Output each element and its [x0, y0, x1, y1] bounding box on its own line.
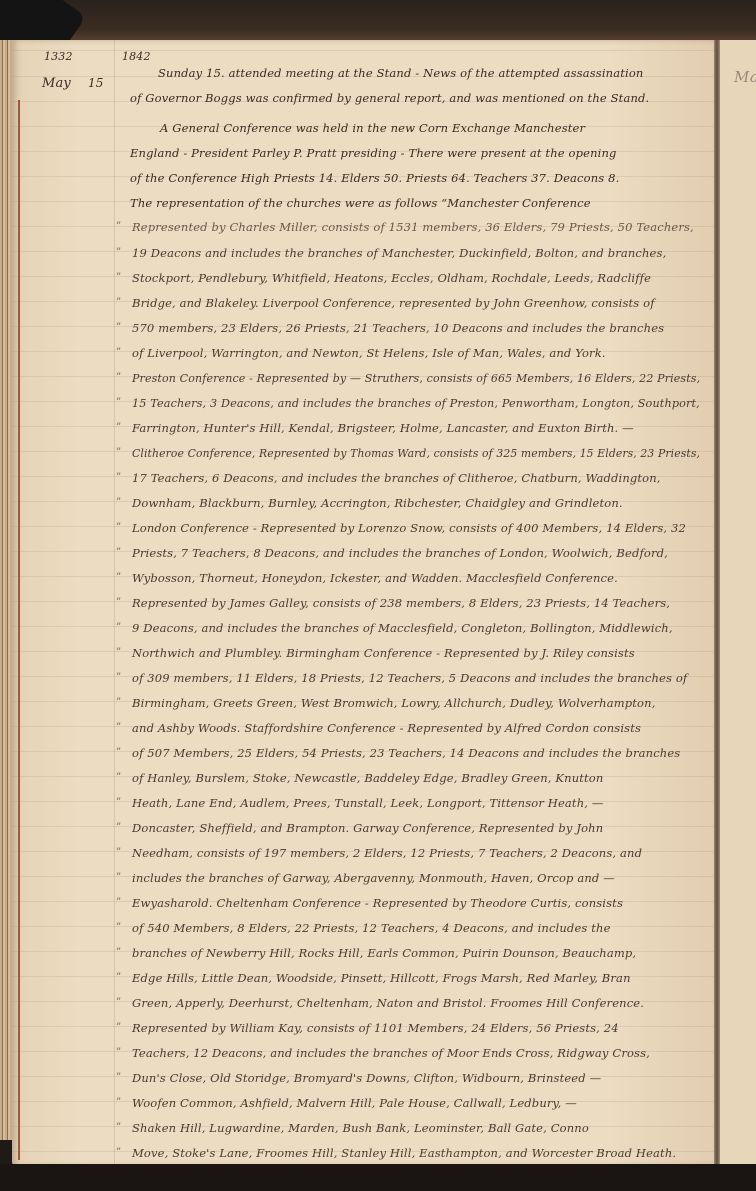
ditto-mark: ”	[116, 247, 121, 258]
ditto-mark: ”	[116, 572, 121, 583]
journal-line: Needham, consists of 197 members, 2 Elde…	[132, 846, 642, 860]
margin-month: May	[42, 76, 71, 91]
journal-line: branches of Newberry Hill, Rocks Hill, E…	[132, 946, 636, 960]
journal-line: Represented by James Galley, consists of…	[132, 596, 670, 610]
ditto-mark: ”	[116, 497, 121, 508]
ditto-mark: ”	[116, 272, 121, 283]
ditto-mark: ”	[116, 297, 121, 308]
ditto-mark: ”	[116, 1022, 121, 1033]
journal-line: Represented by Charles Miller, consists …	[132, 220, 694, 234]
ditto-mark: ”	[116, 547, 121, 558]
ditto-mark: ”	[116, 397, 121, 408]
ditto-mark: ”	[116, 1097, 121, 1108]
journal-line: 19 Deacons and includes the branches of …	[132, 246, 666, 260]
book-cover-top	[0, 0, 756, 42]
journal-line: Woofen Common, Ashfield, Malvern Hill, P…	[132, 1096, 577, 1110]
journal-line: London Conference - Represented by Loren…	[132, 521, 686, 535]
journal-line: Ewyasharold. Cheltenham Conference - Rep…	[132, 896, 623, 910]
journal-line: Move, Stoke's Lane, Froomes Hill, Stanle…	[132, 1146, 676, 1160]
ditto-mark: ”	[116, 947, 121, 958]
page-number: 1332	[44, 50, 73, 63]
journal-line: Edge Hills, Little Dean, Woodside, Pinse…	[132, 971, 631, 985]
journal-line: includes the branches of Garway, Abergav…	[132, 871, 615, 885]
journal-line: Represented by William Kay, consists of …	[132, 1021, 619, 1035]
ditto-mark: ”	[116, 422, 121, 433]
ditto-mark: ”	[116, 772, 121, 783]
ditto-mark: ”	[116, 722, 121, 733]
journal-line: 15 Teachers, 3 Deacons, and includes the…	[132, 396, 700, 410]
journal-line: of 309 members, 11 Elders, 18 Priests, 1…	[132, 671, 687, 685]
journal-line: Priests, 7 Teachers, 8 Deacons, and incl…	[132, 546, 668, 560]
ditto-mark: ”	[116, 747, 121, 758]
journal-line: England - President Parley P. Pratt pres…	[130, 146, 617, 160]
journal-line: Stockport, Pendlebury, Whitfield, Heaton…	[132, 271, 651, 285]
journal-line: Wybosson, Thorneut, Honeydon, Ickester, …	[132, 571, 618, 585]
journal-line: Birmingham, Greets Green, West Bromwich,…	[132, 696, 656, 710]
journal-line: Teachers, 12 Deacons, and includes the b…	[132, 1046, 650, 1060]
journal-line: Doncaster, Sheffield, and Brampton. Garw…	[132, 821, 603, 835]
ditto-mark: ”	[116, 597, 121, 608]
journal-line: Bridge, and Blakeley. Liverpool Conferen…	[132, 296, 655, 310]
ditto-mark: ”	[116, 322, 121, 333]
journal-line: of Liverpool, Warrington, and Newton, St…	[132, 346, 606, 360]
ditto-mark: ”	[116, 522, 121, 533]
margin-rule	[114, 40, 115, 1166]
year-heading: 1842	[122, 50, 151, 63]
journal-page-right	[720, 40, 756, 1164]
journal-line: The representation of the churches were …	[130, 196, 591, 210]
book-cover-bottom	[0, 1164, 756, 1191]
ditto-mark: ”	[116, 1147, 121, 1158]
journal-line: Farrington, Hunter's Hill, Kendal, Brigs…	[132, 421, 634, 435]
ditto-mark: ”	[116, 897, 121, 908]
ditto-mark: ”	[116, 997, 121, 1008]
ditto-mark: ”	[116, 447, 121, 458]
ditto-mark: ”	[116, 647, 121, 658]
journal-line: of 540 Members, 8 Elders, 22 Priests, 12…	[132, 921, 611, 935]
right-page-fragment: Ma	[734, 68, 756, 86]
journal-line: Green, Apperly, Deerhurst, Cheltenham, N…	[132, 996, 644, 1010]
ditto-mark: ”	[116, 622, 121, 633]
journal-line: 9 Deacons, and includes the branches of …	[132, 621, 673, 635]
journal-line: and Ashby Woods. Staffordshire Conferenc…	[132, 721, 641, 735]
journal-line: Northwich and Plumbley. Birmingham Confe…	[132, 646, 635, 660]
page-stack-edge	[0, 40, 12, 1140]
ditto-mark: ”	[116, 922, 121, 933]
journal-line: Preston Conference - Represented by — St…	[132, 371, 700, 385]
journal-line: Shaken Hill, Lugwardine, Marden, Bush Ba…	[132, 1121, 589, 1135]
journal-line: Clitheroe Conference, Represented by Tho…	[132, 446, 700, 460]
journal-line: A General Conference was held in the new…	[160, 121, 585, 135]
journal-line: Sunday 15. attended meeting at the Stand…	[158, 66, 643, 80]
ditto-mark: ”	[116, 1072, 121, 1083]
ditto-mark: ”	[116, 1122, 121, 1133]
ditto-mark: ”	[116, 472, 121, 483]
margin-day: 15	[88, 76, 104, 90]
ditto-mark: ”	[116, 797, 121, 808]
ditto-mark: ”	[116, 347, 121, 358]
ditto-mark: ”	[116, 372, 121, 383]
red-edge-rule	[18, 100, 20, 1160]
ditto-mark: ”	[116, 697, 121, 708]
journal-line: Downham, Blackburn, Burnley, Accrington,…	[132, 496, 623, 510]
ditto-mark: ”	[116, 847, 121, 858]
journal-line: of Governor Boggs was confirmed by gener…	[130, 91, 649, 105]
ditto-mark: ”	[116, 221, 121, 232]
ditto-mark: ”	[116, 872, 121, 883]
journal-line: Dun's Close, Old Storidge, Bromyard's Do…	[132, 1071, 601, 1085]
journal-line: 17 Teachers, 6 Deacons, and includes the…	[132, 471, 661, 485]
journal-line: Heath, Lane End, Audlem, Prees, Tunstall…	[132, 796, 604, 810]
ditto-mark: ”	[116, 1047, 121, 1058]
journal-line: of the Conference High Priests 14. Elder…	[130, 171, 619, 185]
journal-line: 570 members, 23 Elders, 26 Priests, 21 T…	[132, 321, 664, 335]
ditto-mark: ”	[116, 972, 121, 983]
ditto-mark: ”	[116, 672, 121, 683]
journal-line: of 507 Members, 25 Elders, 54 Priests, 2…	[132, 746, 680, 760]
ditto-mark: ”	[116, 822, 121, 833]
journal-line: of Hanley, Burslem, Stoke, Newcastle, Ba…	[132, 771, 603, 785]
